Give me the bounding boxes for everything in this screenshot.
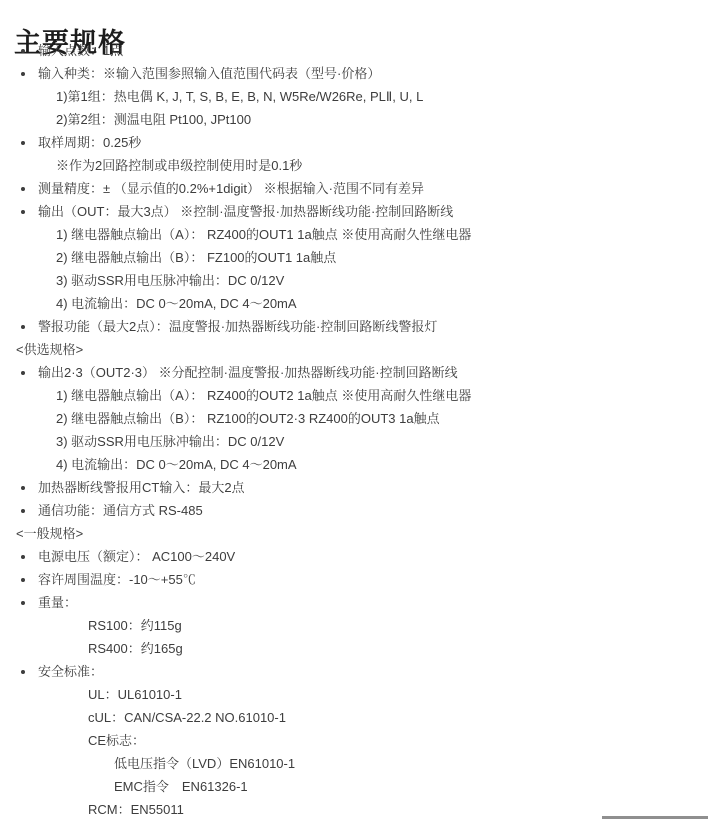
spec-line-text: 1) 继电器触点输出（A）： RZ400的OUT1 1a触点 ※使用高耐久性继电… (56, 227, 471, 242)
spec-line-text: 4) 电流输出：DC 0～20mA, DC 4～20mA (56, 457, 297, 472)
spec-line-text: 测量精度：± （显示值的0.2%+1digit） ※根据输入·范围不同有差异 (38, 181, 424, 196)
spec-line: 测量精度：± （显示值的0.2%+1digit） ※根据输入·范围不同有差异 (0, 177, 708, 200)
spec-line-text: 安全标准： (38, 664, 103, 679)
spec-line-text: 重量： (38, 595, 77, 610)
spec-line-text: RS400：约165g (88, 641, 183, 656)
spec-line-text: 警报功能（最大2点）：温度警报·加热器断线功能·控制回路断线警报灯 (38, 319, 437, 334)
spec-line: 通信功能：通信方式 RS-485 (0, 499, 708, 522)
spec-line: <供选规格> (0, 338, 708, 361)
bullet-icon (21, 49, 25, 53)
bullet-icon (21, 670, 25, 674)
bottom-edge-bar (602, 816, 708, 819)
spec-line: 3) 驱动SSR用电压脉冲输出：DC 0/12V (0, 269, 708, 292)
spec-line-text: 1) 继电器触点输出（A）： RZ400的OUT2 1a触点 ※使用高耐久性继电… (56, 388, 471, 403)
spec-line: 2) 继电器触点输出（B）： RZ100的OUT2·3 RZ400的OUT3 1… (0, 407, 708, 430)
spec-line: <一般规格> (0, 522, 708, 545)
spec-line: cUL：CAN/CSA-22.2 NO.61010-1 (0, 706, 708, 729)
spec-line-text: 电源电压（额定）： AC100～240V (38, 549, 235, 564)
spec-line-text: EMC指令 EN61326-1 (114, 779, 248, 794)
bullet-icon (21, 325, 25, 329)
bullet-icon (21, 509, 25, 513)
spec-line-text: 3) 驱动SSR用电压脉冲输出：DC 0/12V (56, 434, 284, 449)
spec-line-text: 1)第1组：热电偶 K, J, T, S, B, E, B, N, W5Re/W… (56, 89, 423, 104)
bullet-icon (21, 141, 25, 145)
spec-lines: 输入点数：1点输入种类：※输入范围参照输入值范围代码表（型号·价格）1)第1组：… (0, 39, 708, 821)
spec-line: 输入种类：※输入范围参照输入值范围代码表（型号·价格） (0, 62, 708, 85)
spec-line: 输入点数：1点 (0, 39, 708, 62)
spec-line: RS100：约115g (0, 614, 708, 637)
spec-line-text: RS100：约115g (88, 618, 182, 633)
spec-line: 加热器断线警报用CT输入：最大2点 (0, 476, 708, 499)
spec-line: 2) 继电器触点输出（B）： FZ100的OUT1 1a触点 (0, 246, 708, 269)
bullet-icon (21, 601, 25, 605)
spec-line: UL：UL61010-1 (0, 683, 708, 706)
spec-line-text: 2) 继电器触点输出（B）： RZ100的OUT2·3 RZ400的OUT3 1… (56, 411, 440, 426)
spec-line: 3) 驱动SSR用电压脉冲输出：DC 0/12V (0, 430, 708, 453)
bullet-icon (21, 210, 25, 214)
spec-line: 4) 电流输出：DC 0～20mA, DC 4～20mA (0, 453, 708, 476)
spec-line-text: 加热器断线警报用CT输入：最大2点 (38, 480, 245, 495)
spec-line: 容许周围温度：-10～+55℃ (0, 568, 708, 591)
spec-line: 安全标准： (0, 660, 708, 683)
spec-line-text: cUL：CAN/CSA-22.2 NO.61010-1 (88, 710, 286, 725)
spec-line-text: 3) 驱动SSR用电压脉冲输出：DC 0/12V (56, 273, 284, 288)
spec-line-text: ※作为2回路控制或串级控制使用时是0.1秒 (56, 158, 302, 173)
bullet-icon (21, 555, 25, 559)
bullet-icon (21, 72, 25, 76)
spec-line-text: 输入点数：1点 (38, 43, 123, 58)
spec-line-text: RCM：EN55011 (88, 802, 184, 817)
spec-line-text: 取样周期：0.25秒 (38, 135, 141, 150)
spec-line: 1) 继电器触点输出（A）： RZ400的OUT2 1a触点 ※使用高耐久性继电… (0, 384, 708, 407)
bullet-icon (21, 486, 25, 490)
spec-line-text: 2) 继电器触点输出（B）： FZ100的OUT1 1a触点 (56, 250, 336, 265)
spec-line: 低电压指令（LVD）EN61010-1 (0, 752, 708, 775)
spec-line: 重量： (0, 591, 708, 614)
spec-line-text: <一般规格> (16, 526, 83, 541)
spec-line: 取样周期：0.25秒 (0, 131, 708, 154)
spec-line: 1)第1组：热电偶 K, J, T, S, B, E, B, N, W5Re/W… (0, 85, 708, 108)
spec-line: 1) 继电器触点输出（A）： RZ400的OUT1 1a触点 ※使用高耐久性继电… (0, 223, 708, 246)
spec-line-text: 低电压指令（LVD）EN61010-1 (114, 756, 295, 771)
spec-line-text: 输出（OUT：最大3点） ※控制·温度警报·加热器断线功能·控制回路断线 (38, 204, 453, 219)
spec-line: ※作为2回路控制或串级控制使用时是0.1秒 (0, 154, 708, 177)
spec-line-text: 2)第2组：测温电阻 Pt100, JPt100 (56, 112, 251, 127)
spec-line-text: 通信功能：通信方式 RS-485 (38, 503, 203, 518)
spec-line-text: 输入种类：※输入范围参照输入值范围代码表（型号·价格） (38, 66, 380, 81)
spec-line-text: <供选规格> (16, 342, 83, 357)
spec-line-text: UL：UL61010-1 (88, 687, 182, 702)
spec-line: 2)第2组：测温电阻 Pt100, JPt100 (0, 108, 708, 131)
spec-line: 输出（OUT：最大3点） ※控制·温度警报·加热器断线功能·控制回路断线 (0, 200, 708, 223)
bullet-icon (21, 371, 25, 375)
spec-line-text: 容许周围温度：-10～+55℃ (38, 572, 196, 587)
spec-line: EMC指令 EN61326-1 (0, 775, 708, 798)
spec-line: 4) 电流输出：DC 0～20mA, DC 4～20mA (0, 292, 708, 315)
spec-line-text: 4) 电流输出：DC 0～20mA, DC 4～20mA (56, 296, 297, 311)
spec-line: CE标志： (0, 729, 708, 752)
spec-line: 警报功能（最大2点）：温度警报·加热器断线功能·控制回路断线警报灯 (0, 315, 708, 338)
spec-line: RS400：约165g (0, 637, 708, 660)
spec-line: 电源电压（额定）： AC100～240V (0, 545, 708, 568)
bullet-icon (21, 578, 25, 582)
bullet-icon (21, 187, 25, 191)
spec-line-text: CE标志： (88, 733, 145, 748)
spec-line: 输出2·3（OUT2·3） ※分配控制·温度警报·加热器断线功能·控制回路断线 (0, 361, 708, 384)
spec-line-text: 输出2·3（OUT2·3） ※分配控制·温度警报·加热器断线功能·控制回路断线 (38, 365, 458, 380)
